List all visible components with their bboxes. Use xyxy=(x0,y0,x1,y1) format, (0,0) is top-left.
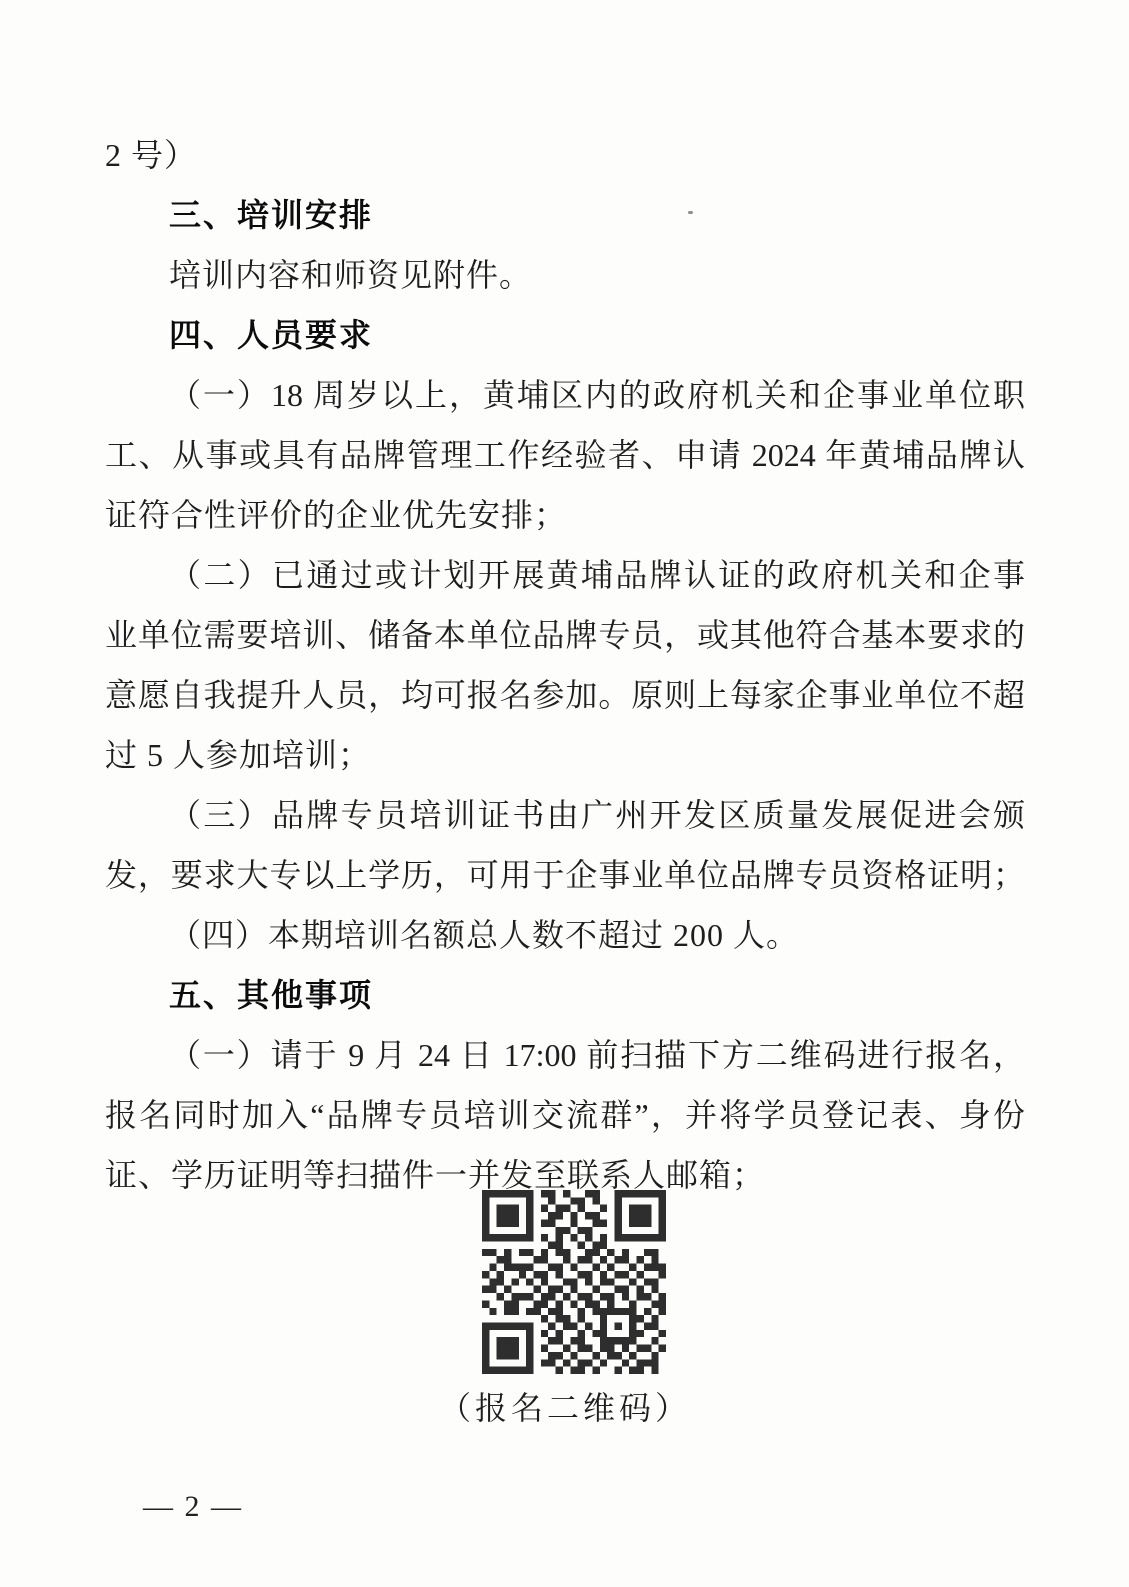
section-heading: 五、其他事项 xyxy=(105,975,1025,1015)
text-line: 发，要求大专以上学历，可用于企事业单位品牌专员资格证明； xyxy=(105,855,1025,895)
text-line: 证符合性评价的企业优先安排； xyxy=(105,495,1025,535)
text-line: （一）18 周岁以上，黄埔区内的政府机关和企事业单位职 xyxy=(105,375,1025,415)
text-line: 过 5 人参加培训； xyxy=(105,735,1025,775)
qr-code xyxy=(482,1190,666,1374)
text-line: 证、学历证明等扫描件一并发至联系人邮箱； xyxy=(105,1155,1025,1195)
text-line: 意愿自我提升人员，均可报名参加。原则上每家企事业单位不超 xyxy=(105,675,1025,715)
scan-artifact-dot xyxy=(688,211,693,214)
text-line: 2 号） xyxy=(105,135,1025,175)
text-line: 业单位需要培训、储备本单位品牌专员，或其他符合基本要求的 xyxy=(105,615,1025,655)
text-line: （一）请于 9 月 24 日 17:00 前扫描下方二维码进行报名， xyxy=(105,1035,1025,1075)
qr-caption: （报名二维码） xyxy=(105,1383,1025,1429)
text-line: （三）品牌专员培训证书由广州开发区质量发展促进会颁 xyxy=(105,795,1025,835)
text-line: 培训内容和师资见附件。 xyxy=(105,255,1025,295)
text-line: 报名同时加入“品牌专员培训交流群”，并将学员登记表、身份 xyxy=(105,1095,1025,1135)
section-heading: 三、培训安排 xyxy=(105,195,1025,235)
text-line: （四）本期培训名额总人数不超过 200 人。 xyxy=(105,915,1025,955)
document-page: 2 号） 三、培训安排 培训内容和师资见附件。 四、人员要求 （一）18 周岁以… xyxy=(0,0,1129,1587)
text-line: 工、从事或具有品牌管理工作经验者、申请 2024 年黄埔品牌认 xyxy=(105,435,1025,475)
page-number: — 2 — xyxy=(143,1490,243,1524)
section-heading: 四、人员要求 xyxy=(105,315,1025,355)
text-line: （二）已通过或计划开展黄埔品牌认证的政府机关和企事 xyxy=(105,555,1025,595)
